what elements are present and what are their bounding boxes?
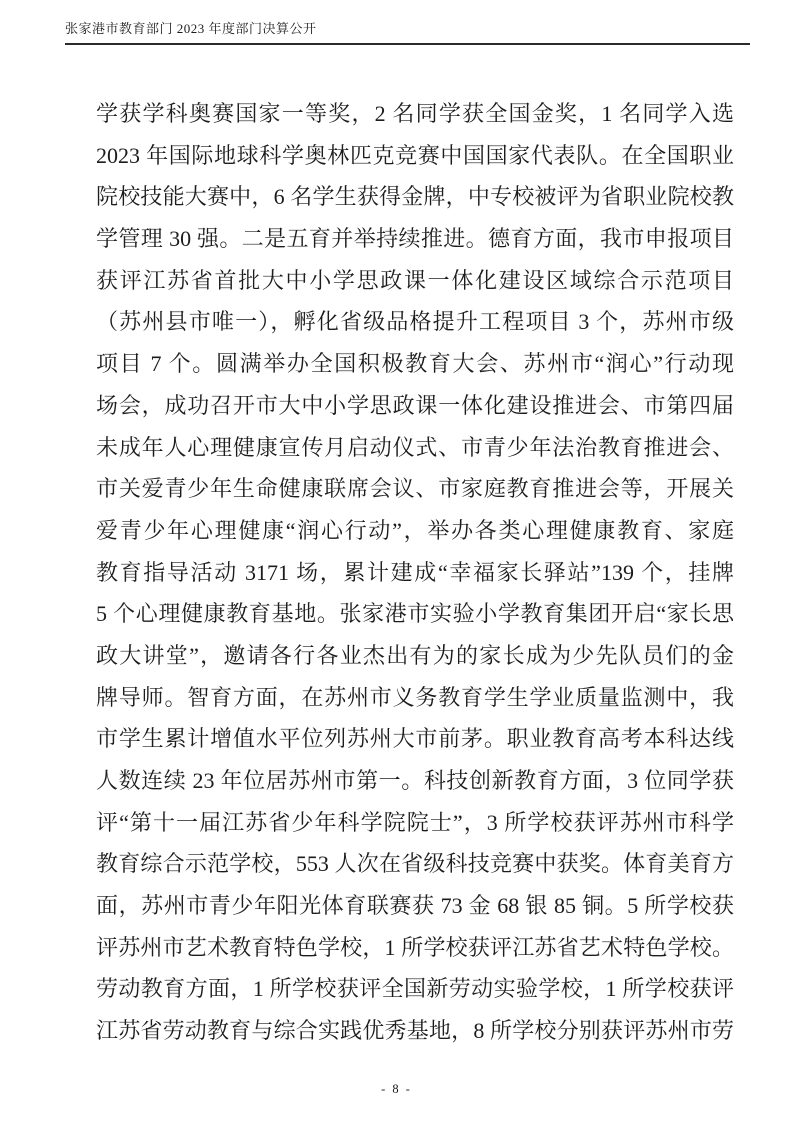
page-number: - 8 - [381,1082,412,1096]
body-text-line: 市关爱青少年生命健康联席会议、市家庭教育推进会等，开展关 [96,468,734,510]
body-text-line: 人数连续 23 年位居苏州市第一。科技创新教育方面，3 位同学获 [96,760,734,802]
body-text-line: 院校技能大赛中，6 名学生获得金牌，中专校被评为省职业院校教 [96,176,734,218]
body-text-line: 场会，成功召开市大中小学思政课一体化建设推进会、市第四届 [96,385,734,427]
body-text-line: 劳动教育方面，1 所学校获评全国新劳动实验学校，1 所学校获评 [96,968,734,1010]
body-text-line: 项目 7 个。圆满举办全国积极教育大会、苏州市“润心”行动现 [96,343,734,385]
body-text-line: 未成年人心理健康宣传月启动仪式、市青少年法治教育推进会、 [96,427,734,469]
body-text-line: 2023 年国际地球科学奥林匹克竞赛中国国家代表队。在全国职业 [96,135,734,177]
body-text-line: 政大讲堂”，邀请各行各业杰出有为的家长成为少先队员们的金 [96,635,734,677]
body-text-line: 评苏州市艺术教育特色学校，1 所学校获评江苏省艺术特色学校。 [96,927,734,969]
page-footer: - 8 - [0,1080,793,1098]
body-text-line: 学获学科奥赛国家一等奖，2 名同学获全国金奖，1 名同学入选 [96,93,734,135]
body-text-line: 市学生累计增值水平位列苏州大市前茅。职业教育高考本科达线 [96,718,734,760]
body-text-block: 学获学科奥赛国家一等奖，2 名同学获全国金奖，1 名同学入选2023 年国际地球… [96,93,734,1052]
page-header: 张家港市教育部门 2023 年度部门决算公开 [65,18,750,45]
body-text-line: 教育指导活动 3171 场，累计建成“幸福家长驿站”139 个，挂牌 [96,552,734,594]
body-text-line: 学管理 30 强。二是五育并举持续推进。德育方面，我市申报项目 [96,218,734,260]
body-text-line: （苏州县市唯一），孵化省级品格提升工程项目 3 个，苏州市级 [96,301,734,343]
body-text-line: 获评江苏省首批大中小学思政课一体化建设区域综合示范项目 [96,260,734,302]
body-text-line: 教育综合示范学校，553 人次在省级科技竞赛中获奖。体育美育方 [96,843,734,885]
body-text-line: 评“第十一届江苏省少年科学院院士”，3 所学校获评苏州市科学 [96,802,734,844]
body-text-line: 牌导师。智育方面，在苏州市义务教育学生学业质量监测中，我 [96,677,734,719]
body-text-line: 江苏省劳动教育与综合实践优秀基地，8 所学校分别获评苏州市劳 [96,1010,734,1052]
document-page: 张家港市教育部门 2023 年度部门决算公开 学获学科奥赛国家一等奖，2 名同学… [0,0,793,1122]
body-text-line: 面，苏州市青少年阳光体育联赛获 73 金 68 银 85 铜。5 所学校获 [96,885,734,927]
body-text-line: 5 个心理健康教育基地。张家港市实验小学教育集团开启“家长思 [96,593,734,635]
header-title: 张家港市教育部门 2023 年度部门决算公开 [65,18,750,37]
body-text-line: 爱青少年心理健康“润心行动”，举办各类心理健康教育、家庭 [96,510,734,552]
